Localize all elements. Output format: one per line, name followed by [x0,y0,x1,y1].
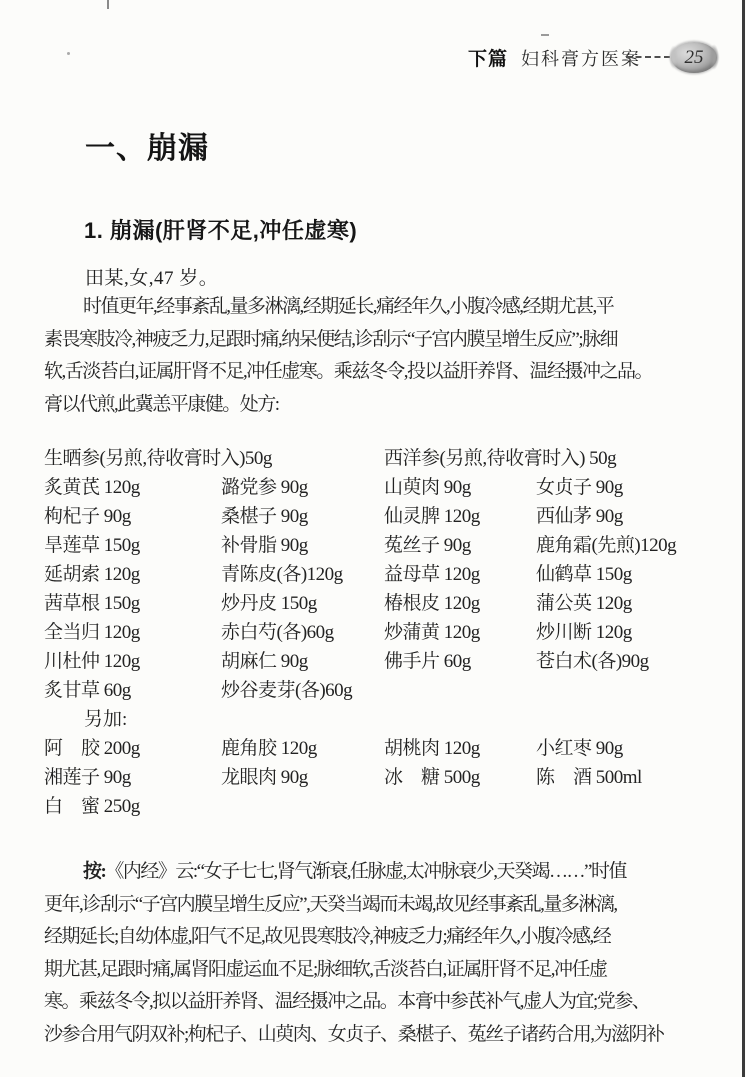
text-line: 软,舌淡苔白,证属肝肾不足,冲任虚寒。乘兹冬令,投以益肝养肾、温经摄冲之品。 [44,356,706,389]
text-line: 期尤甚,足跟时痛,属肾阳虚运血不足;脉细软,舌淡苔白,证属肝肾不足,冲任虚 [44,954,706,987]
herb-item: 佛手片 60g [384,647,536,676]
page-edge-line [742,0,745,1077]
text-line: 膏以代煎,此冀恙平康健。处方: [44,389,706,422]
prescription-row: 白 蜜 250g [44,792,706,821]
extra-label: 另加: [44,705,706,734]
prescription-row: 湘莲子 90g龙眼肉 90g冰 糖 500g陈 酒 500ml [44,763,706,792]
herb-item: 鹿角胶 120g [221,734,384,763]
text-line: 更年,诊刮示“子宫内膜呈增生反应”,天癸当竭而未竭,故见经事紊乱,量多淋漓, [44,889,706,922]
herb-item: 旱莲草 150g [44,531,221,560]
prescription-row: 炙黄芪 120g潞党参 90g山萸肉 90g女贞子 90g [44,473,706,502]
herb-item: 全当归 120g [44,618,221,647]
case-description: 时值更年,经事紊乱,量多淋漓,经期延长,痛经年久,小腹冷感,经期尤甚,平素畏寒肢… [44,291,706,421]
herb-item: 龙眼肉 90g [221,763,384,792]
scan-speck [541,34,549,36]
prescription-extra-list: 阿 胶 200g鹿角胶 120g胡桃肉 120g小红枣 90g湘莲子 90g龙眼… [44,734,706,821]
herb-item: 桑椹子 90g [221,502,384,531]
scan-speck [67,52,70,55]
herb-item [384,676,536,705]
prescription-row: 全当归 120g赤白芍(各)60g炒蒲黄 120g炒川断 120g [44,618,706,647]
herb-item: 女贞子 90g [536,473,706,502]
header-title: 妇科膏方医案 [521,45,641,71]
text-line: 素畏寒肢冷,神疲乏力,足跟时痛,纳呆便结,诊刮示“子宫内膜呈增生反应”;脉细 [44,324,706,357]
herb-item [384,792,536,821]
text-line: 经期延长;自幼体虚,阳气不足,故见畏寒肢冷,神疲乏力;痛经年久,小腹冷感,经 [44,921,706,954]
prescription-row: 延胡索 120g青陈皮(各)120g益母草 120g仙鹤草 150g [44,560,706,589]
herb-item: 胡麻仁 90g [221,647,384,676]
herb-item: 椿根皮 120g [384,589,536,618]
scan-speck [107,0,109,9]
herb-item: 延胡索 120g [44,560,221,589]
herb-item: 白 蜜 250g [44,792,221,821]
herb-item: 益母草 120g [384,560,536,589]
herb-item: 苍白术(各)90g [536,647,706,676]
herb-item: 潞党参 90g [221,473,384,502]
herb-item: 青陈皮(各)120g [221,560,384,589]
herb-item [221,792,384,821]
text-line: 沙参合用气阴双补;枸杞子、山萸肉、女贞子、桑椹子、菟丝子诸药合用,为滋阴补 [44,1019,706,1052]
herb-item: 阿 胶 200g [44,734,221,763]
herb-item: 炙黄芪 120g [44,473,221,502]
herb-item: 西仙茅 90g [536,502,706,531]
herb-item: 胡桃肉 120g [384,734,536,763]
book-page: 下篇 妇科膏方医案 25 一、崩漏 1. 崩漏(肝肾不足,冲任虚寒) 田某,女,… [0,0,746,1077]
herb-item: 川杜仲 120g [44,647,221,676]
running-header: 下篇 妇科膏方医案 [468,44,641,71]
herb-item: 小红枣 90g [536,734,706,763]
prescription-row: 生晒参(另煎,待收膏时入)50g西洋参(另煎,待收膏时入) 50g [44,444,706,473]
herb-item: 赤白芍(各)60g [221,618,384,647]
herb-item: 炙甘草 60g [44,676,221,705]
page-number: 25 [685,47,704,69]
page-number-badge: 25 [671,42,717,73]
section-title: 一、崩漏 [85,123,209,167]
prescription-row: 茜草根 150g炒丹皮 150g椿根皮 120g蒲公英 120g [44,589,706,618]
herb-item [536,792,706,821]
text-line: 时值更年,经事紊乱,量多淋漓,经期延长,痛经年久,小腹冷感,经期尤甚,平 [44,291,706,324]
herb-item: 补骨脂 90g [221,531,384,560]
prescription-row: 枸杞子 90g桑椹子 90g仙灵脾 120g西仙茅 90g [44,502,706,531]
prescription-row: 川杜仲 120g胡麻仁 90g佛手片 60g苍白术(各)90g [44,647,706,676]
herb-item: 枸杞子 90g [44,502,221,531]
herb-item: 生晒参(另煎,待收膏时入)50g [44,444,221,473]
commentary-label: 按: [83,861,105,882]
herb-item: 陈 酒 500ml [536,763,706,792]
herb-item: 山萸肉 90g [384,473,536,502]
commentary: 按:《内经》云:“女子七七,肾气渐衰,任脉虚,太冲脉衰少,天癸竭……”时值更年,… [44,856,706,1051]
herb-item [221,444,384,473]
case-title: 1. 崩漏(肝肾不足,冲任虚寒) [84,214,357,245]
herb-item [536,444,706,473]
herb-item: 冰 糖 500g [384,763,536,792]
herb-item: 茜草根 150g [44,589,221,618]
herb-item: 炒谷麦芽(各)60g [221,676,384,705]
herb-item [536,676,706,705]
part-label: 下篇 [468,44,508,71]
herb-item: 炒川断 120g [536,618,706,647]
herb-item: 仙鹤草 150g [536,560,706,589]
herb-item: 西洋参(另煎,待收膏时入) 50g [384,444,536,473]
prescription-section: 生晒参(另煎,待收膏时入)50g西洋参(另煎,待收膏时入) 50g炙黄芪 120… [44,444,706,821]
herb-item: 菟丝子 90g [384,531,536,560]
herb-item: 蒲公英 120g [536,589,706,618]
herb-item: 鹿角霜(先煎)120g [536,531,706,560]
prescription-list: 生晒参(另煎,待收膏时入)50g西洋参(另煎,待收膏时入) 50g炙黄芪 120… [44,444,706,705]
text-line: 寒。乘兹冬令,拟以益肝养肾、温经摄冲之品。本膏中参芪补气,虚人为宜;党参、 [44,986,706,1019]
herb-item: 仙灵脾 120g [384,502,536,531]
patient-line: 田某,女,47 岁。 [85,263,218,290]
text-line: 按:《内经》云:“女子七七,肾气渐衰,任脉虚,太冲脉衰少,天癸竭……”时值 [44,856,706,889]
dotted-leader-icon [626,56,670,58]
herb-item: 湘莲子 90g [44,763,221,792]
herb-item: 炒丹皮 150g [221,589,384,618]
herb-item: 炒蒲黄 120g [384,618,536,647]
prescription-row: 旱莲草 150g补骨脂 90g菟丝子 90g鹿角霜(先煎)120g [44,531,706,560]
prescription-row: 阿 胶 200g鹿角胶 120g胡桃肉 120g小红枣 90g [44,734,706,763]
prescription-row: 炙甘草 60g炒谷麦芽(各)60g [44,676,706,705]
